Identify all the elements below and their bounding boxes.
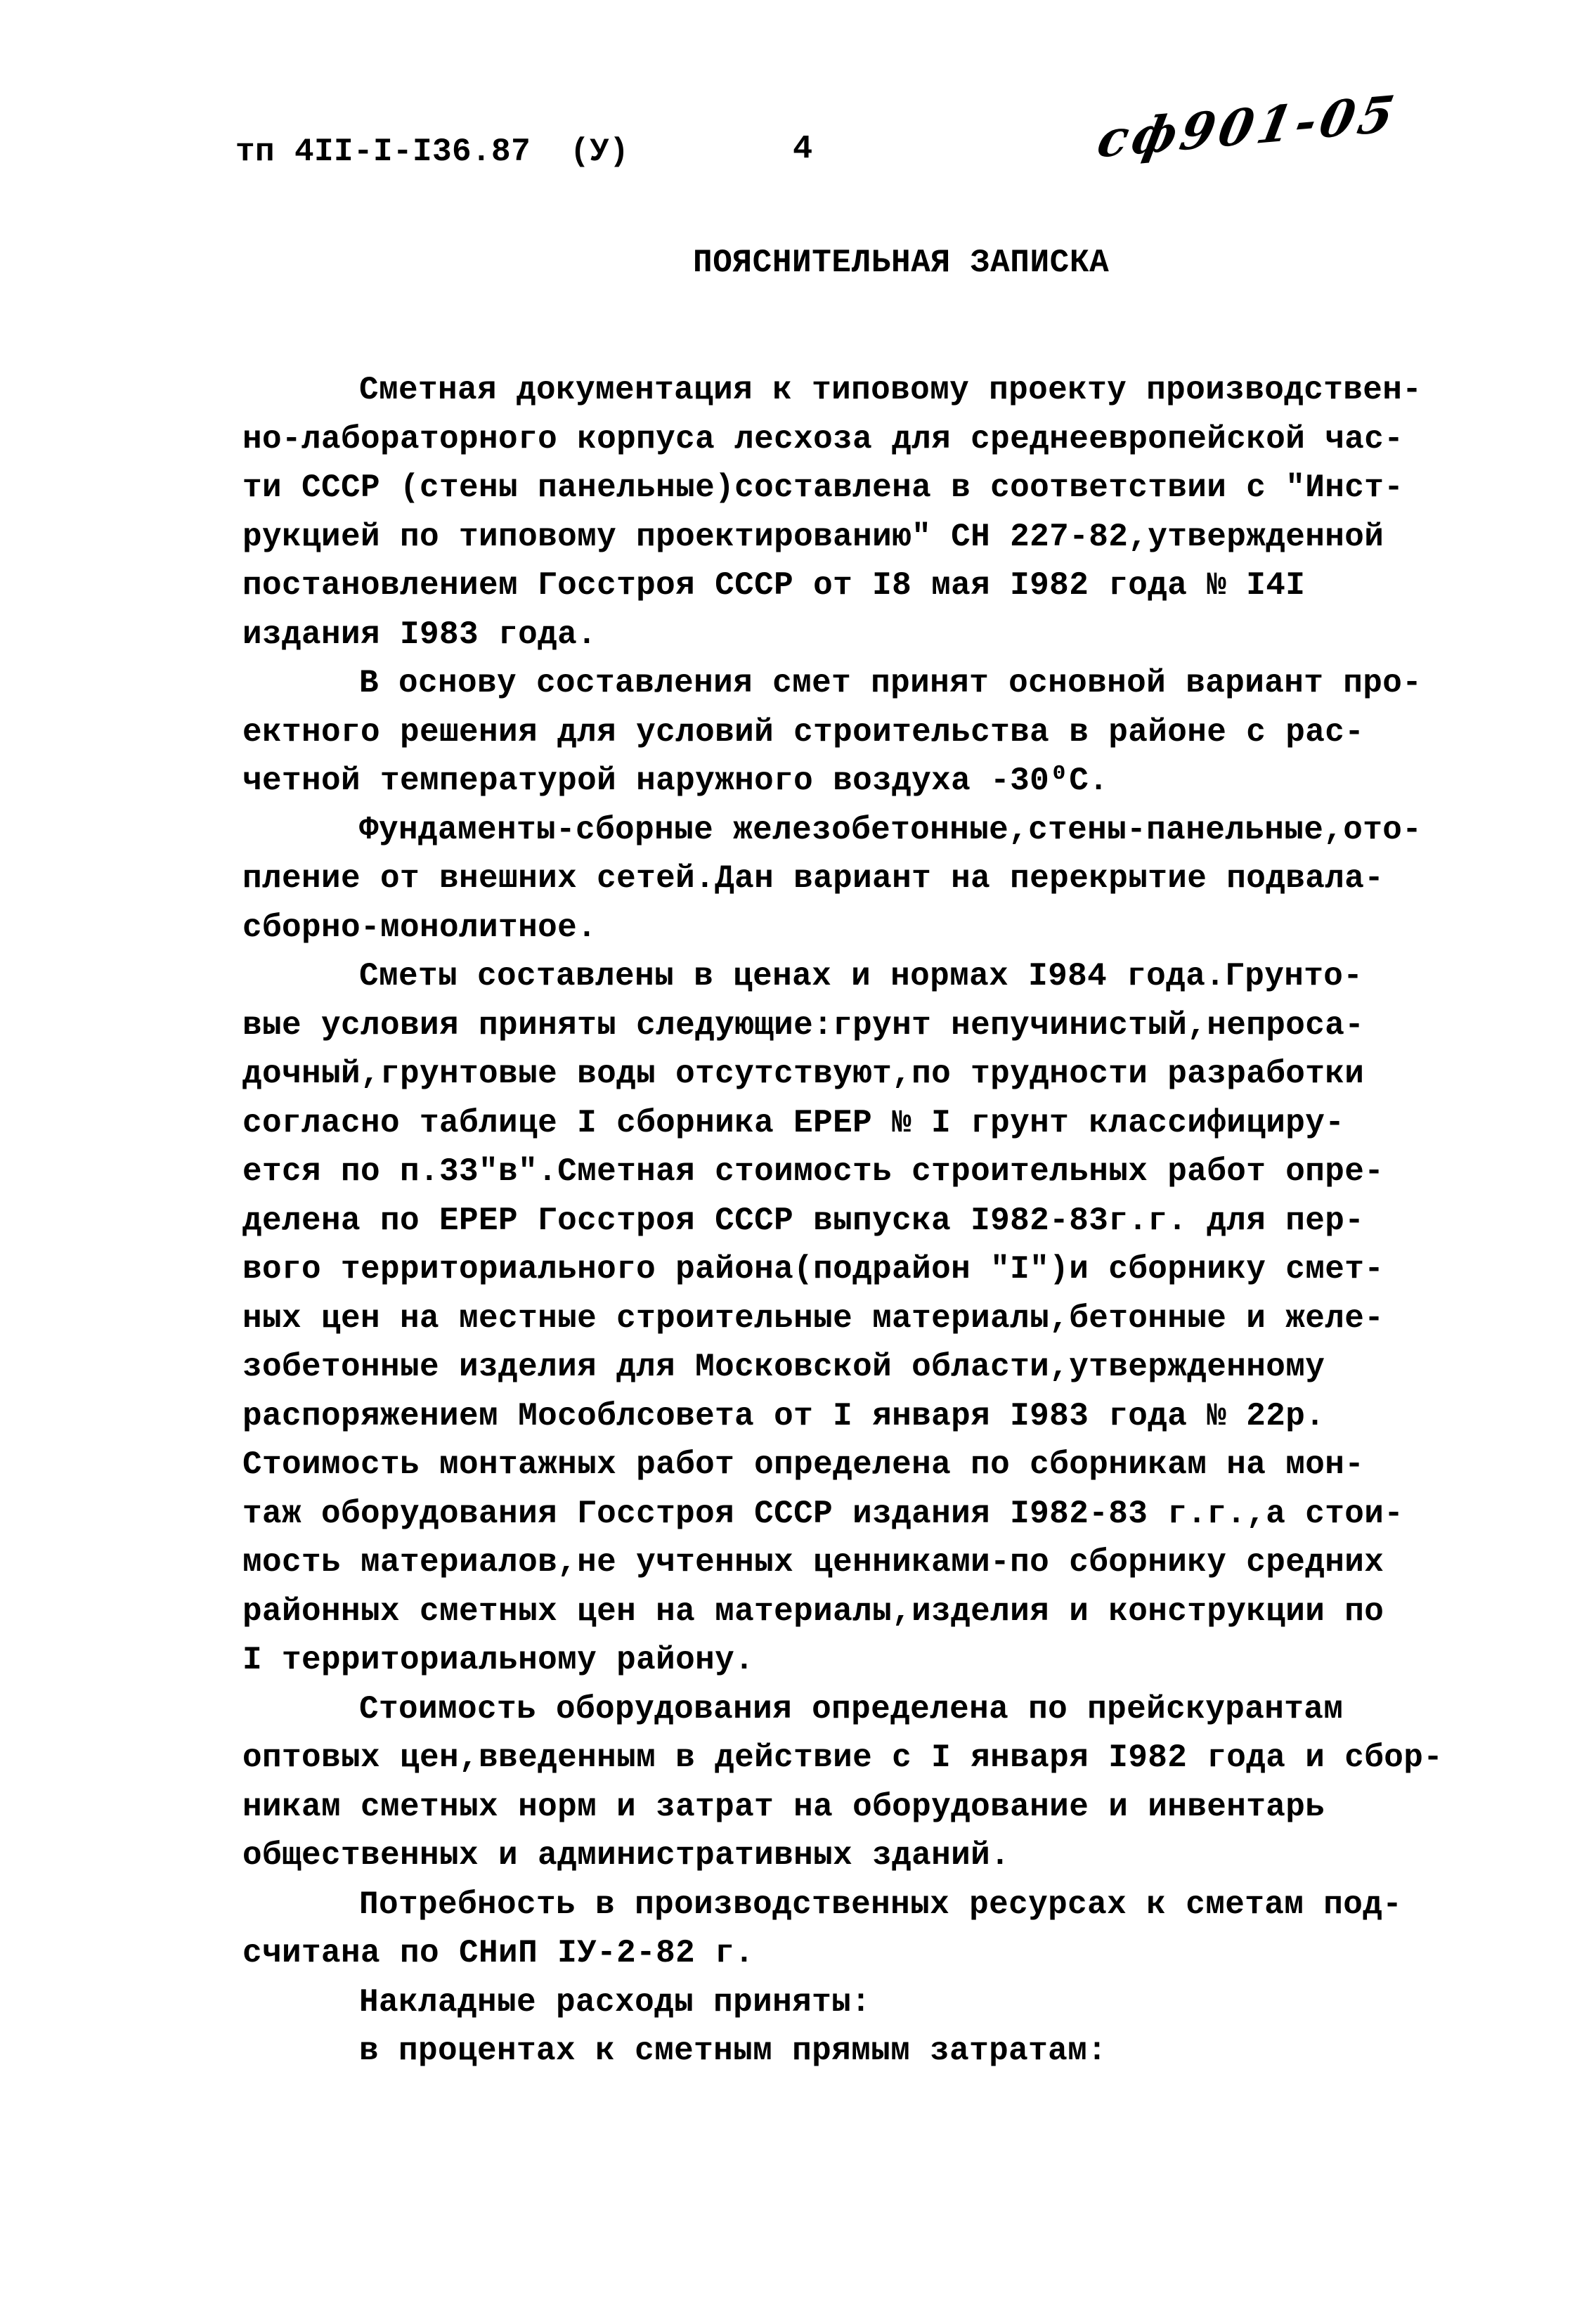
paragraph: в процентах к сметным прямым затратам: (242, 2027, 1543, 2076)
text-line: ектного решения для условий строительств… (242, 708, 1543, 758)
text-line: Накладные расходы приняты: (242, 1978, 1543, 2028)
text-line: мость материалов,не учтенных ценниками-п… (242, 1538, 1543, 1588)
text-line: в процентах к сметным прямым затратам: (242, 2027, 1543, 2076)
text-line: Сметы составлены в ценах и нормах I984 г… (242, 952, 1543, 1002)
document-body: Сметная документация к типовому проекту … (242, 366, 1543, 2076)
paragraph: Сметная документация к типовому проекту … (242, 366, 1543, 659)
paragraph: Потребность в производственных ресурсах … (242, 1881, 1543, 1978)
text-line: дочный,грунтовые воды отсутствуют,по тру… (242, 1050, 1543, 1099)
document-number: тп 4II-I-I36.87 (У) (235, 134, 629, 170)
text-line: районных сметных цен на материалы,издели… (242, 1588, 1543, 1637)
paragraph: Стоимость оборудования определена по пре… (242, 1685, 1543, 1881)
text-line: распоряжением Мособлсовета от I января I… (242, 1392, 1543, 1441)
text-line: Стоимость оборудования определена по пре… (242, 1685, 1543, 1735)
text-line: Фундаменты-сборные железобетонные,стены-… (242, 806, 1543, 855)
text-line: общественных и административных зданий. (242, 1832, 1543, 1881)
text-line: никам сметных норм и затрат на оборудова… (242, 1783, 1543, 1832)
text-line: вые условия приняты следующие:грунт непу… (242, 1002, 1543, 1051)
text-line: делена по ЕРЕР Госстроя СССР выпуска I98… (242, 1197, 1543, 1246)
text-line: вого территориального района(подрайон "I… (242, 1245, 1543, 1295)
text-line: I территориальному району. (242, 1636, 1543, 1685)
text-line: оптовых цен,введенным в действие с I янв… (242, 1734, 1543, 1783)
text-line: таж оборудования Госстроя СССР издания I… (242, 1490, 1543, 1539)
text-line: ется по п.33"в".Сметная стоимость строит… (242, 1148, 1543, 1197)
text-line: зобетонные изделия для Московской област… (242, 1343, 1543, 1392)
text-line: но-лабораторного корпуса лесхоза для сре… (242, 415, 1543, 465)
text-line: постановлением Госстроя СССР от I8 мая I… (242, 562, 1543, 611)
text-line: ных цен на местные строительные материал… (242, 1295, 1543, 1344)
page-number: 4 (793, 131, 812, 168)
text-line: Стоимость монтажных работ определена по … (242, 1441, 1543, 1490)
text-line: В основу составления смет принят основно… (242, 659, 1543, 708)
text-line: ти СССР (стены панельные)составлена в со… (242, 464, 1543, 513)
text-line: четной температурой наружного воздуха -3… (242, 757, 1543, 806)
paragraph: Сметы составлены в ценах и нормах I984 г… (242, 952, 1543, 1685)
text-line: Сметная документация к типовому проекту … (242, 366, 1543, 415)
text-line: издания I983 года. (242, 611, 1543, 660)
page-title: ПОЯСНИТЕЛЬНАЯ ЗАПИСКА (693, 245, 1109, 281)
paragraph: Фундаменты-сборные железобетонные,стены-… (242, 806, 1543, 953)
text-line: рукцией по типовому проектированию" СН 2… (242, 513, 1543, 562)
scanned-document-page: тп 4II-I-I36.87 (У) 4 сф901-05 ПОЯСНИТЕЛ… (0, 0, 1596, 2313)
text-line: считана по СНиП IУ-2-82 г. (242, 1929, 1543, 1978)
paragraph: В основу составления смет принят основно… (242, 659, 1543, 806)
paragraph: Накладные расходы приняты: (242, 1978, 1543, 2028)
text-line: согласно таблице I сборника ЕРЕР № I гру… (242, 1099, 1543, 1148)
text-line: Потребность в производственных ресурсах … (242, 1881, 1543, 1930)
handwritten-mark: сф901-05 (1093, 84, 1403, 169)
text-line: пление от внешних сетей.Дан вариант на п… (242, 855, 1543, 904)
text-line: сборно-монолитное. (242, 904, 1543, 953)
